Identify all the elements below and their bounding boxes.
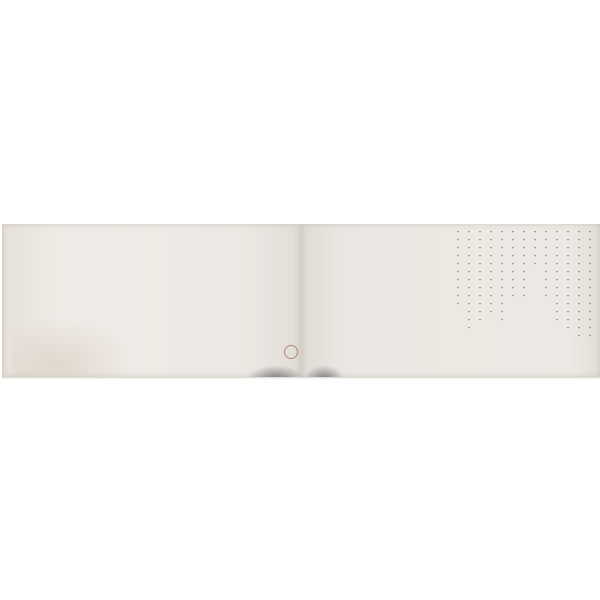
text-column: ・・・・・・・・・・・ [487,228,495,358]
text-column: ・・・・・・・・・・・・ [476,228,484,358]
text-column: ・・・・・・・・・・・・・・ [586,228,594,358]
text-column: ・・・・・・・・・・・・・・ [575,228,583,358]
text-column: ・・・・・ [531,228,539,358]
open-booklet: ・・・・・・・・・・・・・・ ・・・・・・・・・・・・・・ ・・・・・・・・・・… [2,224,600,377]
text-column: ・・・・・・・・・・・・ [498,228,506,358]
text-column: ・・・・・・・・・・・・・ [465,228,473,358]
left-page [2,224,300,377]
seal-stamp-icon [284,345,298,359]
paper-stain [12,317,132,377]
text-column: ・・・・・・・・・・・・・ [564,228,572,358]
text-column: ・・・・・・・・・ [520,228,528,358]
page-shadow [2,377,600,379]
text-column: ・・・・・・・・・・ [454,228,462,358]
text-column: ・・・・・・・・・ [509,228,517,358]
right-page: ・・・・・・・・・・・・・・ ・・・・・・・・・・・・・・ ・・・・・・・・・・… [302,224,600,377]
text-column: ・・・・・・・・・・・・ [553,228,561,358]
text-column: ・・・・・・・・・ [542,228,550,358]
handwritten-text-block: ・・・・・・・・・・・・・・ ・・・・・・・・・・・・・・ ・・・・・・・・・・… [454,228,594,358]
